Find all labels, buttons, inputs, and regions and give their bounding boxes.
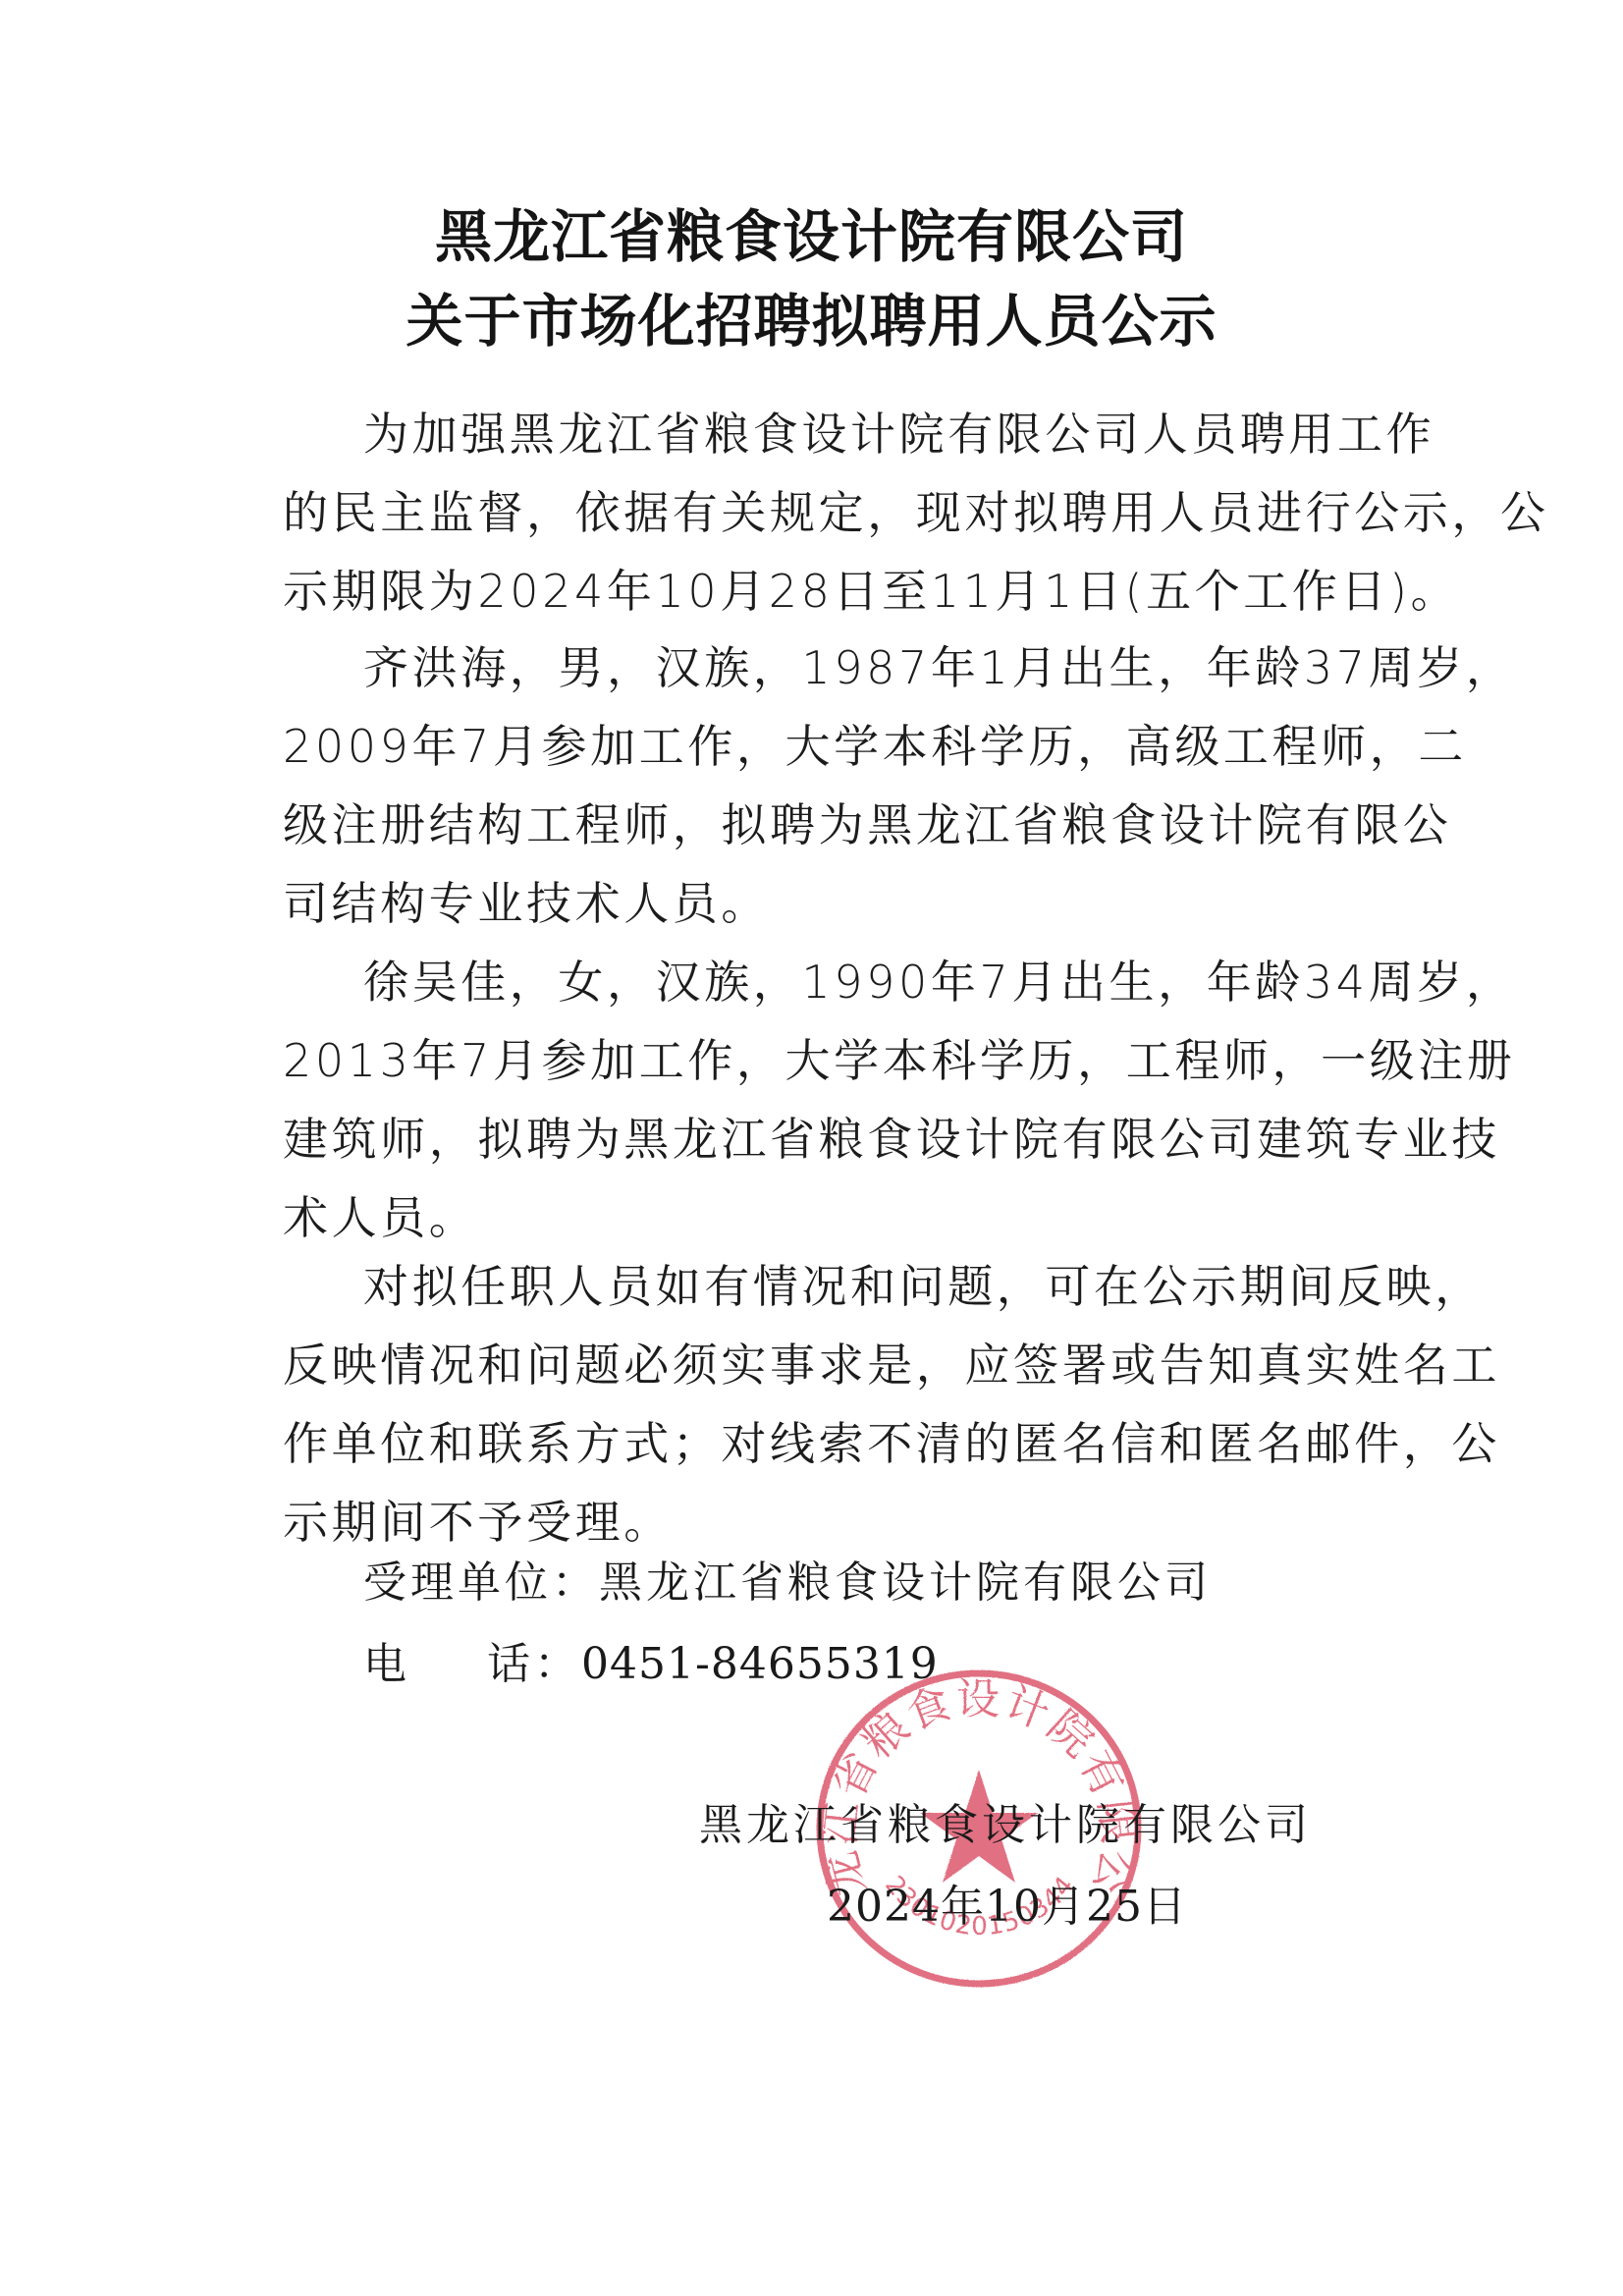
phone-label-char2: 话： xyxy=(487,1639,581,1689)
paragraph-intro: 为加强黑龙江省粮食设计院有限公司人员聘用工作 的民主监督，依据有关规定，现对拟聘… xyxy=(283,395,1353,630)
text-line: 的民主监督，依据有关规定，现对拟聘用人员进行公示，公 xyxy=(283,473,1353,552)
contact-unit-label: 受理单位： xyxy=(363,1558,599,1608)
text-line: 为加强黑龙江省粮食设计院有限公司人员聘用工作 xyxy=(283,395,1353,473)
signature-organization: 黑龙江省粮食设计院有限公司 xyxy=(699,1789,1312,1852)
phone-label-char1: 电 xyxy=(363,1639,410,1689)
paragraph-candidate-1: 齐洪海，男，汉族，1987年1月出生，年龄37周岁， 2009年7月参加工作，大… xyxy=(283,629,1353,943)
signature-date: 2024年10月25日 xyxy=(827,1871,1187,1934)
contact-unit-value: 黑龙江省粮食设计院有限公司 xyxy=(599,1558,1212,1608)
document-page: 黑龙江省粮食设计院有限公司 关于市场化招聘拟聘用人员公示 为加强黑龙江省粮食设计… xyxy=(0,0,1623,2296)
text-line: 术人员。 xyxy=(283,1178,1353,1257)
text-line: 2009年7月参加工作，大学本科学历，高级工程师，二 xyxy=(283,707,1353,786)
text-line: 示期限为2024年10月28日至11月1日(五个工作日)。 xyxy=(283,552,1353,630)
contact-unit: 受理单位：黑龙江省粮食设计院有限公司 xyxy=(363,1544,1212,1622)
text-line: 建筑师，拟聘为黑龙江省粮食设计院有限公司建筑专业技 xyxy=(283,1100,1353,1178)
text-line: 齐洪海，男，汉族，1987年1月出生，年龄37周岁， xyxy=(283,629,1353,707)
text-line: 级注册结构工程师，拟聘为黑龙江省粮食设计院有限公 xyxy=(283,786,1353,864)
paragraph-candidate-2: 徐吴佳，女，汉族，1990年7月出生，年龄34周岁， 2013年7月参加工作，大… xyxy=(283,943,1353,1257)
paragraph-feedback-notice: 对拟任职人员如有情况和问题，可在公示期间反映， 反映情况和问题必须实事求是，应签… xyxy=(283,1247,1353,1561)
text-line: 徐吴佳，女，汉族，1990年7月出生，年龄34周岁， xyxy=(283,943,1353,1021)
text-line: 反映情况和问题必须实事求是，应签署或告知真实姓名工 xyxy=(283,1326,1353,1404)
text-line: 对拟任职人员如有情况和问题，可在公示期间反映， xyxy=(283,1247,1353,1326)
text-line: 司结构专业技术人员。 xyxy=(283,864,1353,943)
text-line: 2013年7月参加工作，大学本科学历，工程师，一级注册 xyxy=(283,1021,1353,1100)
title-line-2: 关于市场化招聘拟聘用人员公示 xyxy=(0,287,1623,355)
text-line: 作单位和联系方式；对线索不清的匿名信和匿名邮件，公 xyxy=(283,1404,1353,1483)
title-line-1: 黑龙江省粮食设计院有限公司 xyxy=(0,202,1623,271)
